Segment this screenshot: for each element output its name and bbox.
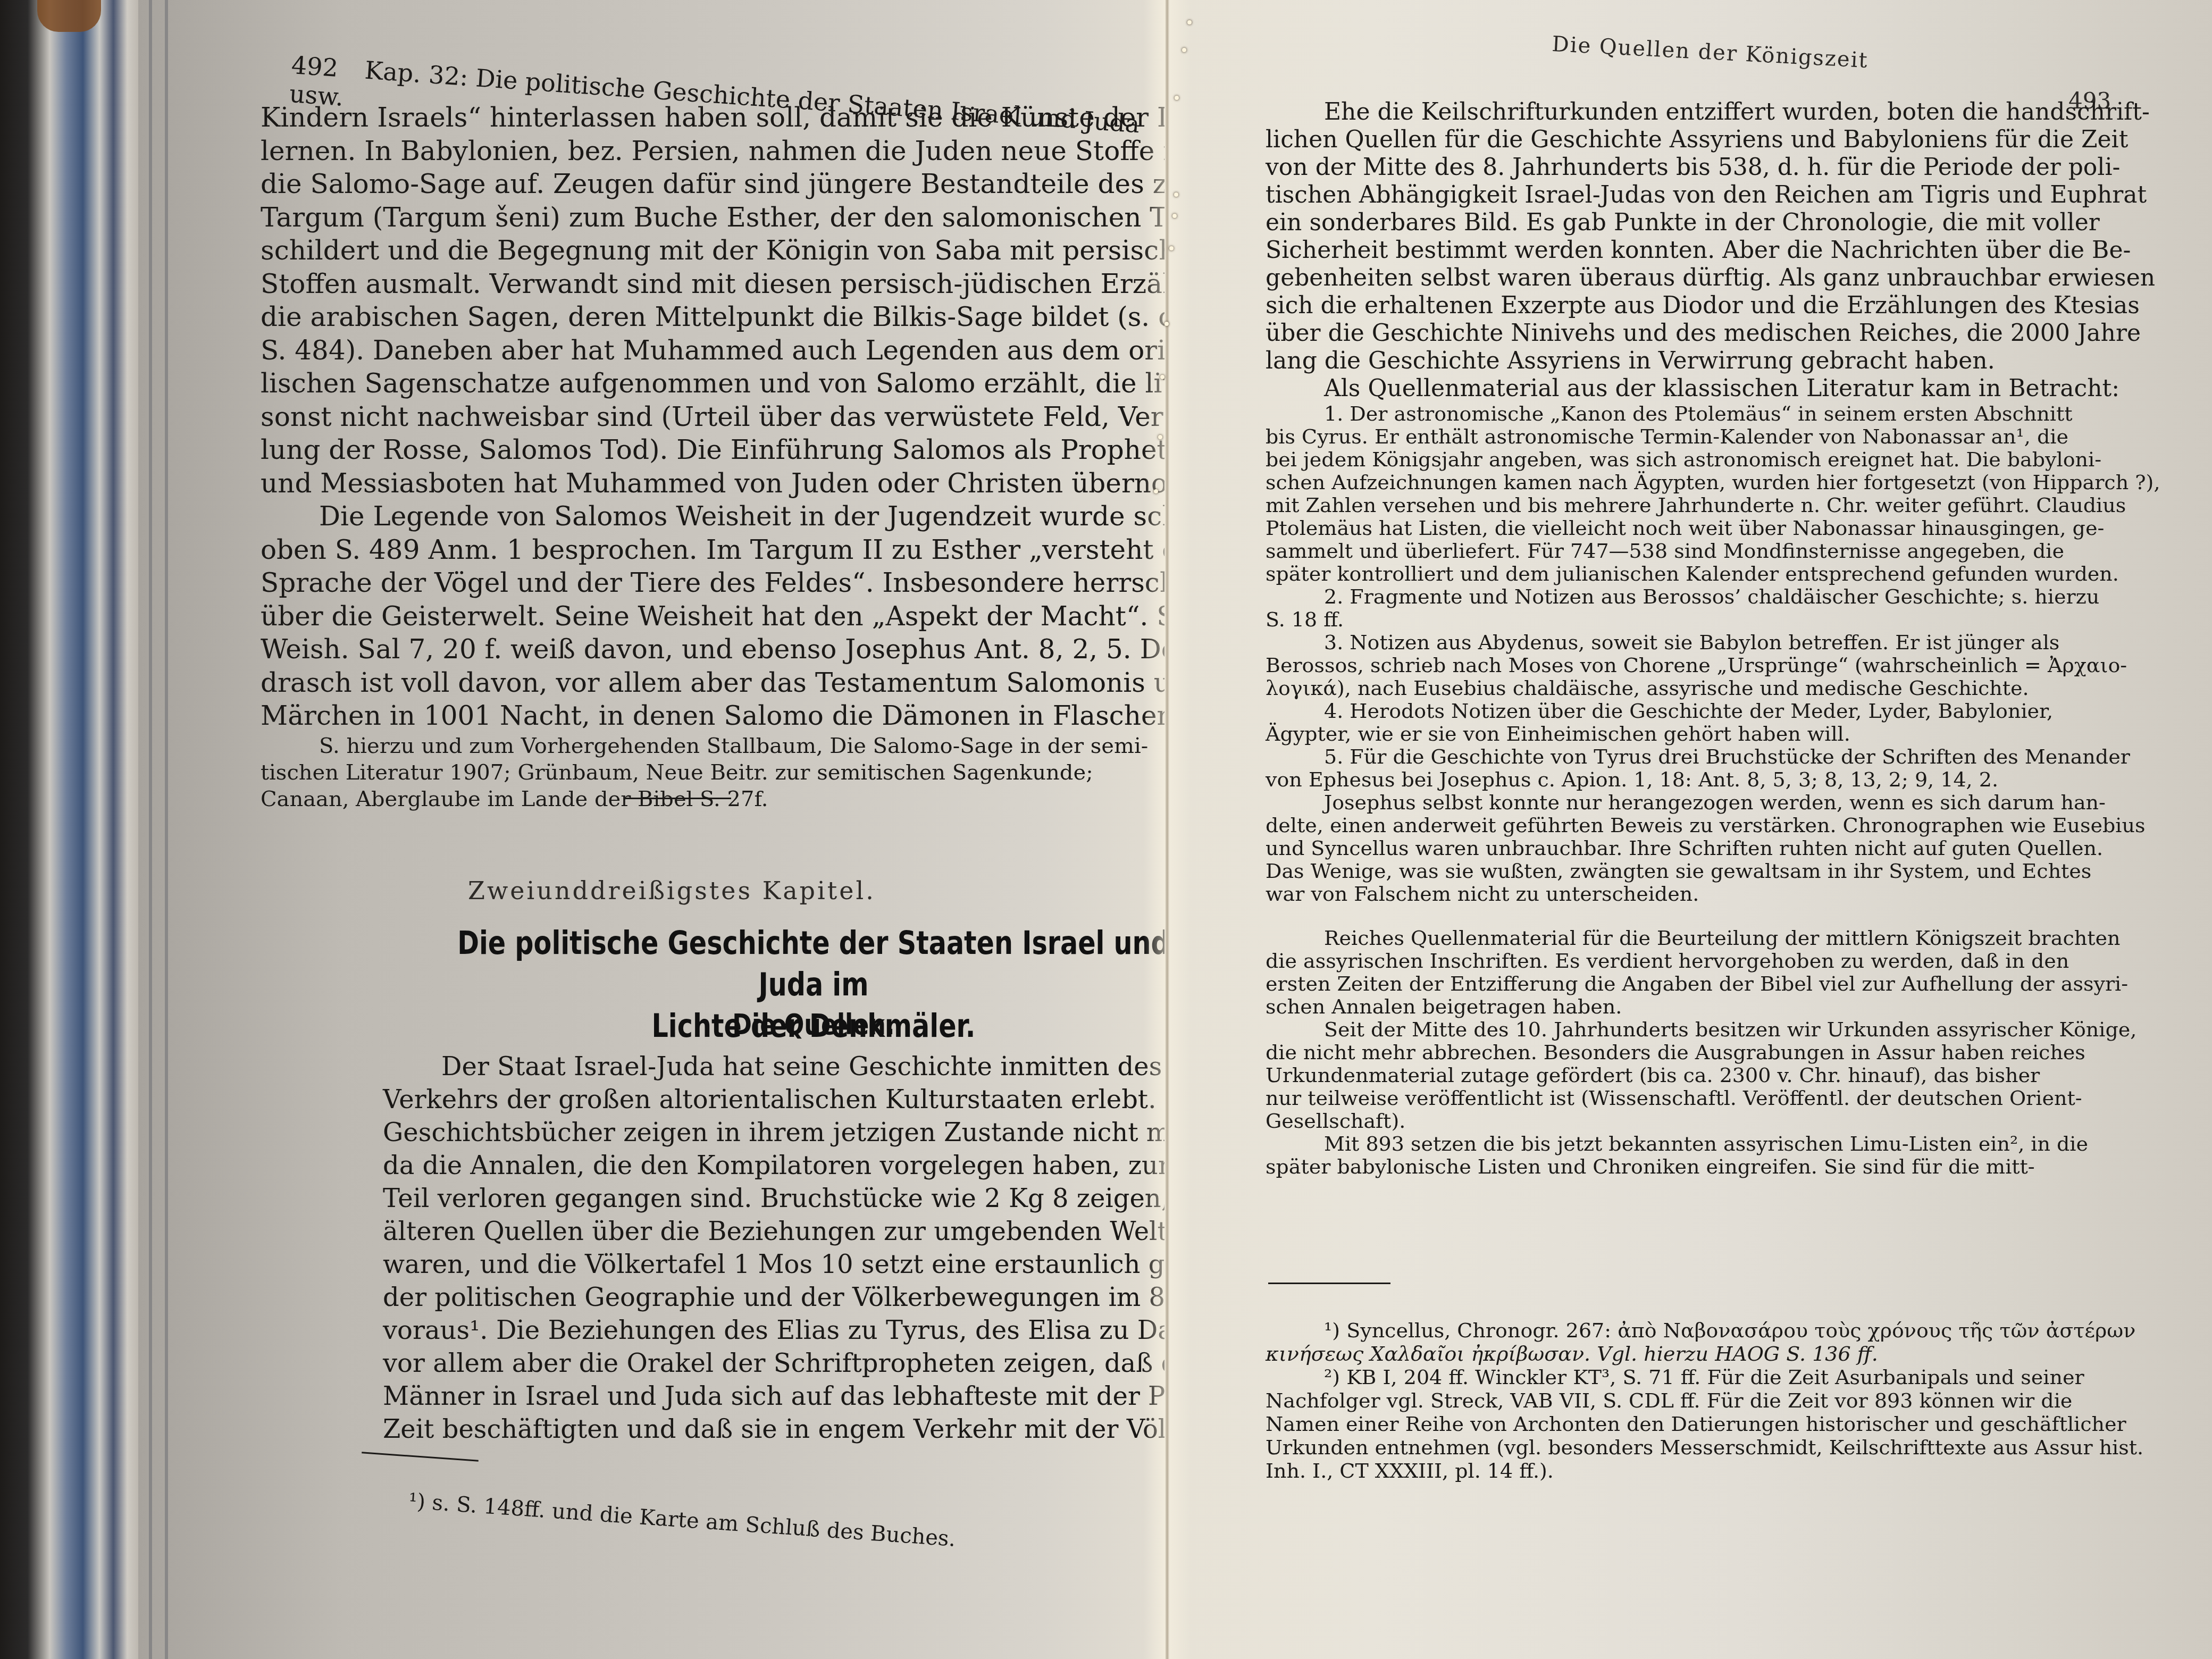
text-line: die nicht mehr abbrechen. Besonders die …: [1266, 1041, 2201, 1064]
binding-stitch: [1169, 246, 1174, 250]
text-line: und Messiasboten hat Muhammed von Juden …: [261, 467, 1154, 500]
text-line: schildert und die Begegnung mit der Köni…: [261, 234, 1154, 267]
text-line: Targum (Targum šeni) zum Buche Esther, d…: [261, 201, 1154, 234]
adjacent-book-stack: [0, 0, 138, 1659]
text-line: die arabischen Sagen, deren Mittelpunkt …: [261, 300, 1154, 334]
list-item-line: schen Aufzeichnungen kamen nach Ägypten,…: [1266, 471, 2201, 494]
binding-stitch: [1158, 435, 1162, 439]
text-line: nur teilweise veröffentlicht ist (Wissen…: [1266, 1087, 2201, 1110]
list-item-line: von Ephesus bei Josephus c. Apion. 1, 18…: [1266, 768, 2201, 791]
text-line: lernen. In Babylonien, bez. Persien, nah…: [261, 135, 1154, 168]
chapter-title-line: Die politische Geschichte der Staaten Is…: [443, 923, 1184, 1006]
book-corner: [37, 0, 101, 32]
footnote-line: Urkunden entnehmen (vgl. besonders Messe…: [1266, 1436, 2207, 1459]
list-item-line: bis Cyrus. Er enthält astronomische Term…: [1266, 425, 2201, 448]
text-line: lung der Rosse, Salomos Tod). Die Einfüh…: [261, 433, 1154, 467]
note-line: S. hierzu und zum Vorhergehenden Stallba…: [261, 733, 1154, 759]
text-line: Kindern Israels“ hinterlassen haben soll…: [261, 101, 1154, 135]
binding-stitch: [1164, 322, 1169, 326]
footnote-line: ²) KB I, 204 ff. Winckler KT³, S. 71 ff.…: [1266, 1365, 2207, 1389]
chapter-kicker: Zweiunddreißigstes Kapitel.: [468, 876, 876, 905]
text-line: Ehe die Keilschrifturkunden entziffert w…: [1266, 98, 2201, 126]
footnotes: ¹) Syncellus, Chronogr. 267: ἀπὸ Ναβονασ…: [1266, 1319, 2207, 1482]
text-line: Josephus selbst konnte nur herangezogen …: [1266, 791, 2201, 814]
text-line: Der Staat Israel-Juda hat seine Geschich…: [383, 1050, 1244, 1083]
text-line: sonst nicht nachweisbar sind (Urteil übe…: [261, 400, 1154, 434]
footnote-line: Namen einer Reihe von Archonten den Dati…: [1266, 1412, 2207, 1436]
text-line: Märchen in 1001 Nacht, in denen Salomo d…: [261, 699, 1154, 733]
text-line: schen Annalen beigetragen haben.: [1266, 995, 2201, 1018]
binding-stitch: [1182, 48, 1186, 52]
list-item-line: 5. Für die Geschichte von Tyrus drei Bru…: [1266, 745, 2201, 768]
text-line: Sicherheit bestimmt werden konnten. Aber…: [1266, 237, 2201, 264]
spacer: [1266, 906, 2201, 927]
text-line: Die Legende von Salomos Weisheit in der …: [261, 500, 1154, 533]
list-item-line: Ägypter, wie er sie von Einheimischen ge…: [1266, 723, 2201, 745]
text-line: der politischen Geographie und der Völke…: [383, 1281, 1244, 1314]
binding-stitch: [1160, 375, 1164, 379]
text-line: Sprache der Vögel und der Tiere des Feld…: [261, 566, 1154, 600]
text-line: voraus¹. Die Beziehungen des Elias zu Ty…: [383, 1314, 1244, 1347]
book-gutter: [1143, 0, 1191, 1659]
source-list: 1. Der astronomische „Kanon des Ptolemäu…: [1266, 403, 2201, 1178]
list-item-line: S. 18 ff.: [1266, 608, 2201, 631]
footnote-line: Nachfolger vgl. Streck, VAB VII, S. CDL …: [1266, 1389, 2207, 1412]
page-edge-line: [165, 0, 168, 1659]
binding-stitch: [1174, 192, 1178, 197]
footnote-line: κινήσεως Χαλδαῖοι ἠκρίβωσαν. Vgl. hierzu…: [1266, 1342, 2207, 1365]
binding-stitch: [1175, 96, 1179, 100]
list-item-line: 2. Fragmente und Notizen aus Berossos’ c…: [1266, 585, 2201, 608]
text-line: und Syncellus waren unbrauchbar. Ihre Sc…: [1266, 837, 2201, 860]
text-line: Männer in Israel und Juda sich auf das l…: [383, 1380, 1244, 1413]
text-line: über die Geisterwelt. Seine Weisheit hat…: [261, 600, 1154, 633]
text-line: Gesellschaft).: [1266, 1110, 2201, 1133]
right-page-body: Ehe die Keilschrifturkunden entziffert w…: [1266, 98, 2201, 1178]
text-line: gebenheiten selbst waren überaus dürftig…: [1266, 264, 2201, 292]
text-line: waren, und die Völkertafel 1 Mos 10 setz…: [383, 1248, 1244, 1281]
list-item-line: 3. Notizen aus Abydenus, soweit sie Baby…: [1266, 631, 2201, 654]
section-divider: [625, 798, 731, 799]
page-edge-line: [149, 0, 152, 1659]
chapter-subtitle: Die Quellen.: [443, 1008, 1184, 1041]
list-item-line: 1. Der astronomische „Kanon des Ptolemäu…: [1266, 403, 2201, 425]
text-line: delte, einen anderweit geführten Beweis …: [1266, 814, 2201, 837]
text-line: war von Falschem nicht zu unterscheiden.: [1266, 883, 2201, 906]
text-line: vor allem aber die Orakel der Schriftpro…: [383, 1347, 1244, 1380]
text-line: die assyrischen Inschriften. Es verdient…: [1266, 950, 2201, 973]
note-line: tischen Literatur 1907; Grünbaum, Neue B…: [261, 759, 1154, 786]
text-line: Mit 893 setzen die bis jetzt bekannten a…: [1266, 1133, 2201, 1155]
footnote-line: ¹) Syncellus, Chronogr. 267: ἀπὸ Ναβονασ…: [1266, 1319, 2207, 1342]
text-line: Stoffen ausmalt. Verwandt sind mit diese…: [261, 267, 1154, 301]
text-line: tischen Abhängigkeit Israel-Judas von de…: [1266, 181, 2201, 209]
list-item-line: 4. Herodots Notizen über die Geschichte …: [1266, 700, 2201, 723]
list-item-line: sammelt und überliefert. Für 747—538 sin…: [1266, 540, 2201, 563]
footnote-rule: [1268, 1283, 1390, 1284]
text-line: sich die erhaltenen Exzerpte aus Diodor …: [1266, 292, 2201, 320]
list-item-line: später kontrolliert und dem julianischen…: [1266, 563, 2201, 585]
text-line: Weish. Sal 7, 20 f. weiß davon, und eben…: [261, 633, 1154, 666]
text-line: Seit der Mitte des 10. Jahrhunderts besi…: [1266, 1018, 2201, 1041]
text-line: älteren Quellen über die Beziehungen zur…: [383, 1215, 1244, 1248]
text-line: lischen Sagenschatze aufgenommen und von…: [261, 367, 1154, 400]
text-line: lang die Geschichte Assyriens in Verwirr…: [1266, 347, 2201, 375]
binding-stitch: [1154, 489, 1158, 493]
left-page: 492 Kap. 32: Die politische Geschichte d…: [138, 0, 1164, 1659]
text-line: Reiches Quellenmaterial für die Beurteil…: [1266, 927, 2201, 950]
text-line: da die Annalen, die den Kompilatoren vor…: [383, 1149, 1244, 1182]
text-line: S. 484). Daneben aber hat Muhammed auch …: [261, 334, 1154, 367]
text-line: Als Quellenmaterial aus der klassischen …: [1266, 375, 2201, 403]
footnote-rule: [362, 1452, 479, 1461]
text-line: später babylonische Listen und Chroniken…: [1266, 1155, 2201, 1178]
text-line: Verkehrs der großen altorientalischen Ku…: [383, 1083, 1244, 1116]
list-item-line: Berossos, schrieb nach Moses von Chorene…: [1266, 654, 2201, 677]
text-line: von der Mitte des 8. Jahrhunderts bis 53…: [1266, 154, 2201, 181]
text-line: die Salomo-Sage auf. Zeugen dafür sind j…: [261, 167, 1154, 201]
text-line: drasch ist voll davon, vor allem aber da…: [261, 666, 1154, 700]
text-line: Zeit beschäftigten und daß sie in engem …: [383, 1413, 1244, 1446]
text-line: lichen Quellen für die Geschichte Assyri…: [1266, 126, 2201, 154]
list-item-line: bei jedem Königsjahr angeben, was sich a…: [1266, 448, 2201, 471]
binding-stitch: [1172, 214, 1177, 218]
text-line: Teil verloren gegangen sind. Bruchstücke…: [383, 1182, 1244, 1215]
list-item-line: Ptolemäus hat Listen, die vielleicht noc…: [1266, 517, 2201, 540]
text-line: Das Wenige, was sie wußten, zwängten sie…: [1266, 860, 2201, 883]
running-head-right: Die Quellen der Königszeit: [1552, 32, 1869, 73]
binding-stitch: [1187, 20, 1192, 24]
footnote: ¹) s. S. 148ff. und die Karte am Schluß …: [408, 1489, 957, 1552]
list-item-line: λογικά), nach Eusebius chaldäische, assy…: [1266, 677, 2201, 700]
right-page: Die Quellen der Königszeit 493 Ehe die K…: [1164, 0, 2212, 1659]
list-item-line: mit Zahlen versehen und bis mehrere Jahr…: [1266, 494, 2201, 517]
footnote-line: Inh. I., CT XXXIII, pl. 14 ff.).: [1266, 1459, 2207, 1482]
text-line: Geschichtsbücher zeigen in ihrem jetzige…: [383, 1116, 1244, 1149]
text-line: oben S. 489 Anm. 1 besprochen. Im Targum…: [261, 533, 1154, 567]
text-line: Urkundenmaterial zutage gefördert (bis c…: [1266, 1064, 2201, 1087]
text-line: über die Geschichte Ninivehs und des med…: [1266, 320, 2201, 347]
text-line: ein sonderbares Bild. Es gab Punkte in d…: [1266, 209, 2201, 237]
text-line: ersten Zeiten der Entzifferung die Angab…: [1266, 973, 2201, 995]
continued-text: Kindern Israels“ hinterlassen haben soll…: [261, 101, 1154, 812]
chapter-text: Der Staat Israel-Juda hat seine Geschich…: [383, 1050, 1244, 1446]
page-number: 492: [290, 51, 339, 82]
